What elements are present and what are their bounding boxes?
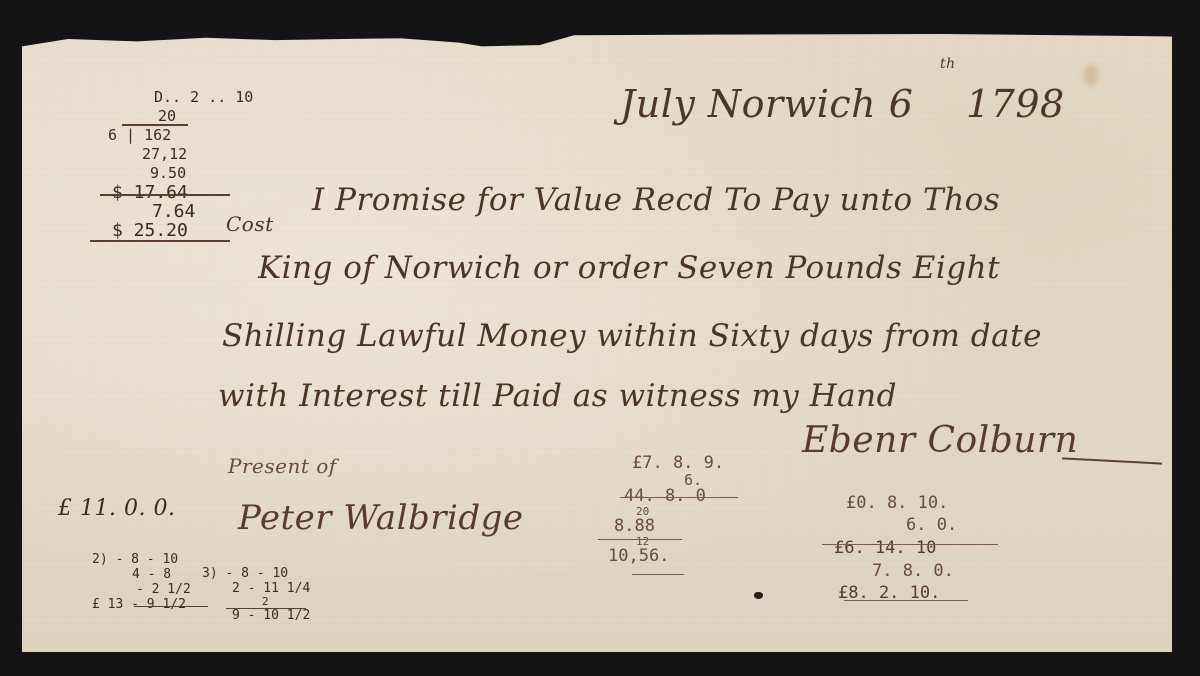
body-line-4: with Interest till Paid as witness my Ha… <box>218 378 897 414</box>
middle-calc: £7. 8. 9. 6. 44. 8. 0 20 8.88 12 10,56. <box>584 454 724 566</box>
calc-line: 9 - 10 1/2 <box>202 608 310 623</box>
body-line-2: King of Norwich or order Seven Pounds Ei… <box>258 250 1000 286</box>
calc-line: D.. 2 .. 10 <box>94 88 253 107</box>
calc-rule <box>632 574 684 575</box>
signature: Ebenr Colburn <box>802 420 1078 461</box>
calc-line: $ 17.64 <box>94 183 253 202</box>
calc-line: 2) - 8 - 10 <box>92 552 191 567</box>
document-paper: July Norwich 6 th 1798 I Promise for Val… <box>22 34 1172 652</box>
date-line: July Norwich 6 <box>620 82 913 126</box>
calc-line: 7. 8. 0. <box>830 560 957 582</box>
body-line-3: Shilling Lawful Money within Sixty days … <box>222 318 1042 354</box>
ink-blot <box>754 592 763 599</box>
pound-total: £ 11. 0. 0. <box>58 496 175 521</box>
calc-rule <box>134 606 208 607</box>
calc-rule <box>844 600 968 601</box>
witness-label: Present of <box>228 454 337 478</box>
date-year: 1798 <box>966 82 1065 126</box>
calc-line: - 2 1/2 <box>92 582 191 597</box>
calc-line: 2 <box>202 596 310 608</box>
calc-rule <box>822 544 998 545</box>
cost-label: Cost <box>226 212 274 236</box>
calc-line: 9.50 <box>94 164 253 183</box>
calc-rule <box>122 124 188 126</box>
calc-line: 2 - 11 1/4 <box>202 581 310 596</box>
calc-line: £7. 8. 9. <box>584 454 724 473</box>
margin-calc-bottom-left-b: 3) - 8 - 10 2 - 11 1/4 2 9 - 10 1/2 <box>202 566 310 623</box>
calc-rule <box>100 194 230 196</box>
calc-line: 6 | 162 <box>94 126 253 145</box>
calc-line: £6. 14. 10 <box>830 536 957 560</box>
body-line-1: I Promise for Value Recd To Pay unto Tho… <box>312 182 1000 218</box>
calc-line: 10,56. <box>584 547 724 566</box>
witness-name: Peter Walbridge <box>238 498 524 538</box>
calc-line: 6. 0. <box>830 514 957 536</box>
calc-rule <box>90 240 230 242</box>
right-calc: £0. 8. 10. 6. 0. £6. 14. 10 7. 8. 0. £8.… <box>830 492 957 604</box>
date-suffix: th <box>940 56 956 72</box>
calc-line: 27,12 <box>94 145 253 164</box>
calc-line: £ 13 - 9 1/2 <box>92 597 191 612</box>
paper-stain <box>1084 64 1098 86</box>
margin-calc-bottom-left-a: 2) - 8 - 10 4 - 8 - 2 1/2 £ 13 - 9 1/2 <box>92 552 191 612</box>
calc-rule <box>598 539 682 540</box>
calc-rule <box>620 497 738 498</box>
calc-line: £0. 8. 10. <box>830 492 957 514</box>
calc-line: 6. <box>584 473 724 487</box>
calc-line: 4 - 8 <box>92 567 191 582</box>
calc-line: 8.88 <box>584 517 724 536</box>
calc-rule <box>226 608 306 609</box>
calc-line: 3) - 8 - 10 <box>202 566 310 581</box>
